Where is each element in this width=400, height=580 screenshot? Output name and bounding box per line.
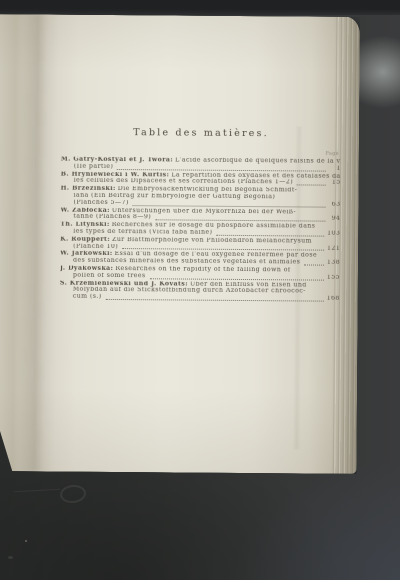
entry-text: les types de terrains (Vicia faba naine)	[73, 229, 212, 237]
toc-entry: S. Krzemieniewski und J. Kovats:Über den…	[60, 280, 340, 303]
dot-leader	[122, 244, 324, 251]
entry-author: M. Gatry-Kostyal et J. Twora:	[61, 157, 173, 164]
entry-author: Th. Lityński:	[60, 222, 109, 228]
toc-entry: B. Hryniewiecki i W. Kurtis:La répartiti…	[61, 171, 341, 187]
toc-entry: J. Dyakowska:Researches on the rapidity …	[60, 266, 340, 282]
page-number: 121	[327, 245, 340, 252]
photo-background: Table des matières. Page M. Gatry-Kostya…	[0, 0, 400, 580]
toc-entry: Th. Lityński:Recherches sur le dosage du…	[60, 222, 340, 238]
entry-text: cum (s.)	[73, 294, 102, 301]
ring-stain-mark	[59, 484, 87, 505]
entry-text: tanne (Planches 8—9)	[73, 214, 151, 221]
entry-text: (IIe partie)	[74, 163, 114, 170]
dot-leader	[150, 273, 324, 280]
toc-entry: M. Gatry-Kostyal et J. Twora:L'acide asc…	[61, 157, 341, 173]
dust-speck	[8, 556, 13, 559]
page-number: 94	[328, 216, 340, 223]
page-number: 15	[329, 180, 341, 187]
dot-leader	[304, 260, 324, 266]
page-number: 168	[327, 296, 340, 303]
entry-author: W. Jarkowski:	[60, 251, 113, 257]
entry-author: W. Zabłocka:	[60, 207, 109, 213]
page-gutter-shadow	[18, 14, 58, 471]
dot-leader	[133, 200, 326, 207]
dot-leader	[106, 294, 324, 301]
page-number: 103	[327, 231, 340, 238]
dot-leader	[155, 215, 325, 222]
entry-line: cum (s.)168	[60, 294, 340, 303]
table-surface-top-edge	[0, 0, 400, 15]
entry-author: B. Hryniewiecki i W. Kurtis:	[61, 171, 170, 178]
scratch-mark	[14, 489, 60, 492]
entry-author: J. Dyakowska:	[60, 266, 113, 272]
toc-entry: W. Jarkowski:Essai d'un dosage de l'eau …	[60, 251, 340, 267]
book-page: Table des matières. Page M. Gatry-Kostya…	[0, 14, 360, 474]
entry-author: S. Krzemieniewski und J. Kovats:	[60, 280, 188, 287]
toc-entry: K. Rouppert:Zur Blattmorphologie von Phi…	[60, 236, 340, 252]
dot-leader	[297, 180, 326, 186]
dust-speck	[25, 540, 27, 542]
toc-title: Table des matières.	[61, 127, 341, 140]
page-number: 1	[329, 165, 341, 172]
entry-author: K. Rouppert:	[60, 236, 110, 242]
dot-leader	[216, 230, 324, 236]
entry-text: (Planche 10)	[73, 243, 118, 250]
page-number: 138	[327, 260, 340, 267]
page-number: 63	[328, 201, 340, 208]
toc-entry: W. Zabłocka:Untersuchungen über die Myko…	[60, 207, 340, 223]
page-column-label: Page	[61, 150, 339, 157]
entry-text: Über den Einfluss von Eisen und	[190, 280, 307, 288]
dot-leader	[117, 164, 326, 171]
entry-text: L'acide ascorbique de quelques raisins d…	[175, 157, 341, 165]
toc-content: Table des matières. Page M. Gatry-Kostya…	[60, 127, 341, 304]
page-number: 155	[327, 274, 340, 281]
entry-text: (Planches 5—7)	[73, 199, 128, 206]
entry-text: pollen of some trees	[73, 272, 146, 279]
entry-author: H. Brzeziński:	[61, 186, 116, 192]
toc-entry: H. Brzeziński:Die Embryosackentwicklung …	[60, 186, 340, 209]
